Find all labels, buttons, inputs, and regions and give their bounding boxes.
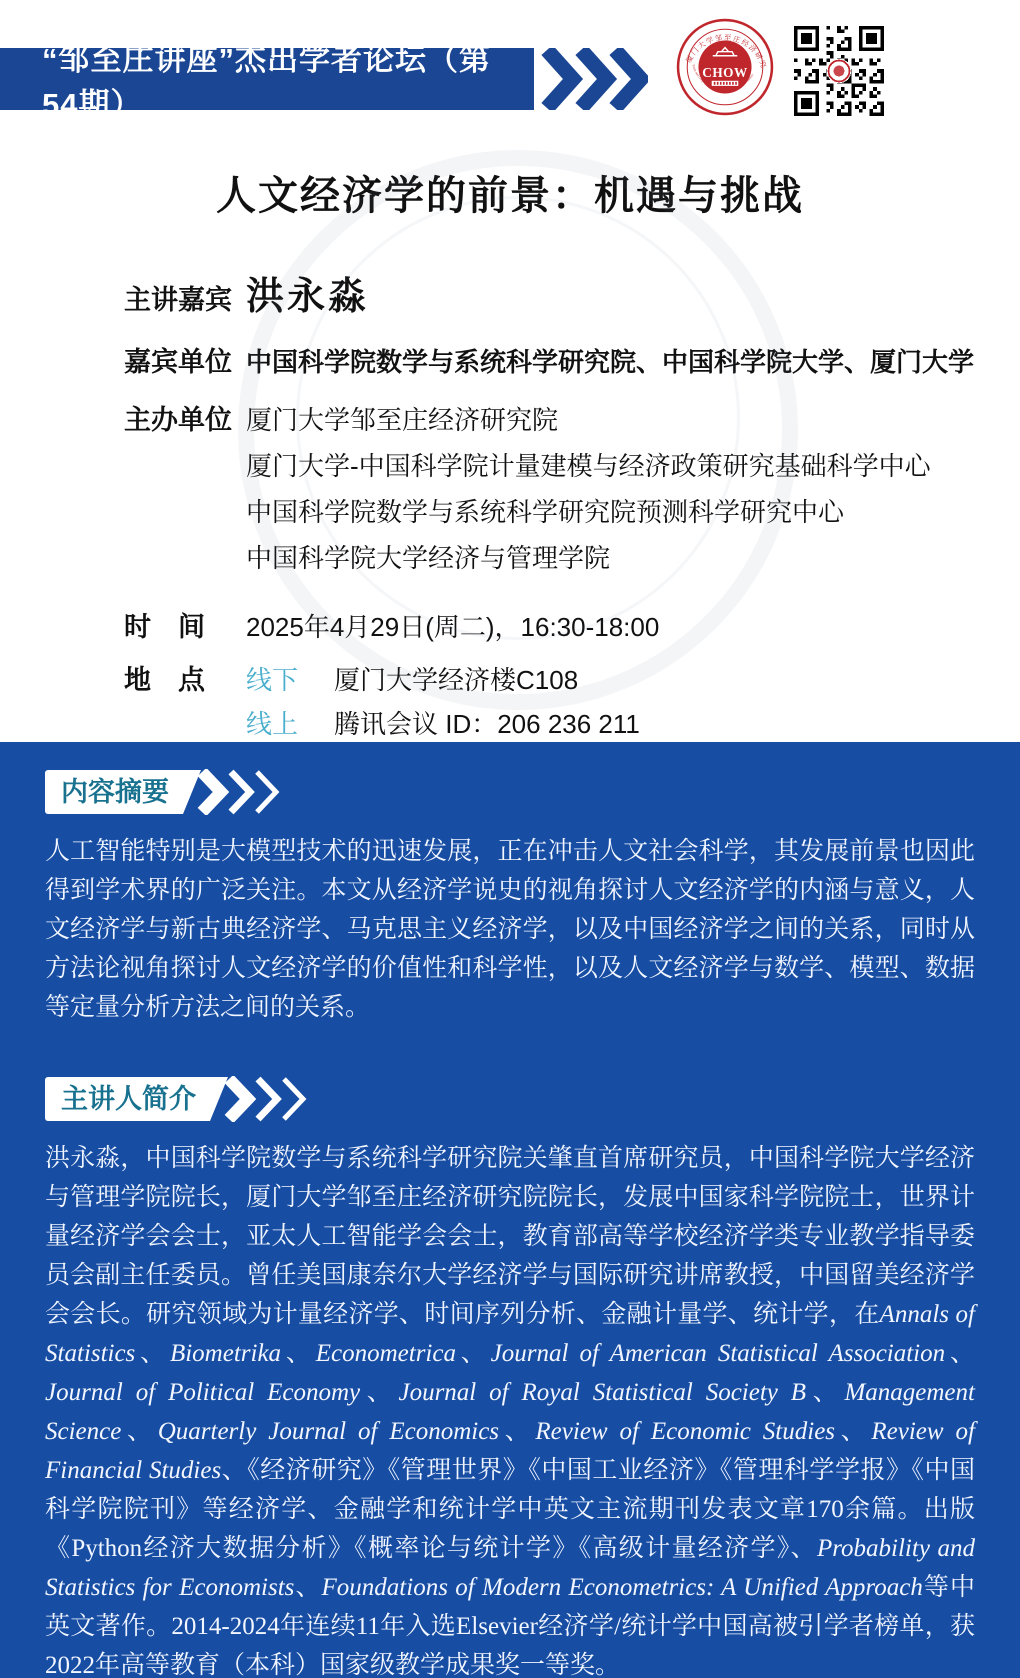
place-label: 地 点: [124, 658, 246, 697]
logo-center-text: CHOW: [702, 65, 748, 80]
bio-text: 洪永淼，中国科学院数学与系统科学研究院关肇直首席研究员，中国科学院大学经济与管理…: [45, 1139, 975, 1678]
banner-chevrons-icon: [540, 48, 648, 110]
chow-institute-logo: 厦门大学邹至庄经济研究院 Paula and Gregory Chow Inst…: [676, 18, 774, 116]
banner-title: “邹至庄讲座”杰出学者论坛（第54期）: [0, 48, 534, 110]
badge-chevrons-icon: [197, 769, 285, 815]
blue-section: 内容摘要 人工智能特别是大模型技术的迅速发展，正在冲击人文社会科学，其发展前景也…: [0, 742, 1020, 1678]
badge-chevrons-icon: [224, 1076, 312, 1122]
qr-code: [794, 26, 884, 116]
bio-heading-row: 主讲人简介: [45, 1075, 975, 1123]
affiliation-label: 嘉宾单位: [124, 340, 246, 379]
abstract-heading-badge: 内容摘要: [45, 770, 201, 814]
online-line: 线上 腾讯会议 ID：206 236 211: [246, 702, 640, 746]
watermark-inner-ring: [296, 196, 740, 640]
hosts-label: 主办单位: [124, 398, 246, 437]
bio-heading-badge: 主讲人简介: [45, 1077, 228, 1121]
offline-label: 线下: [246, 658, 312, 702]
online-value: 腾讯会议 ID：206 236 211: [334, 702, 640, 746]
abstract-text: 人工智能特别是大模型技术的迅速发展，正在冲击人文社会科学，其发展前景也因此得到学…: [45, 832, 975, 1027]
speaker-label: 主讲嘉宾: [124, 278, 246, 317]
poster-page: “邹至庄讲座”杰出学者论坛（第54期） 厦门大学邹至庄经济研究院 Paula a…: [0, 0, 1020, 1678]
abstract-heading-row: 内容摘要: [45, 768, 975, 816]
online-label: 线上: [246, 702, 312, 746]
time-label: 时 间: [124, 605, 246, 644]
